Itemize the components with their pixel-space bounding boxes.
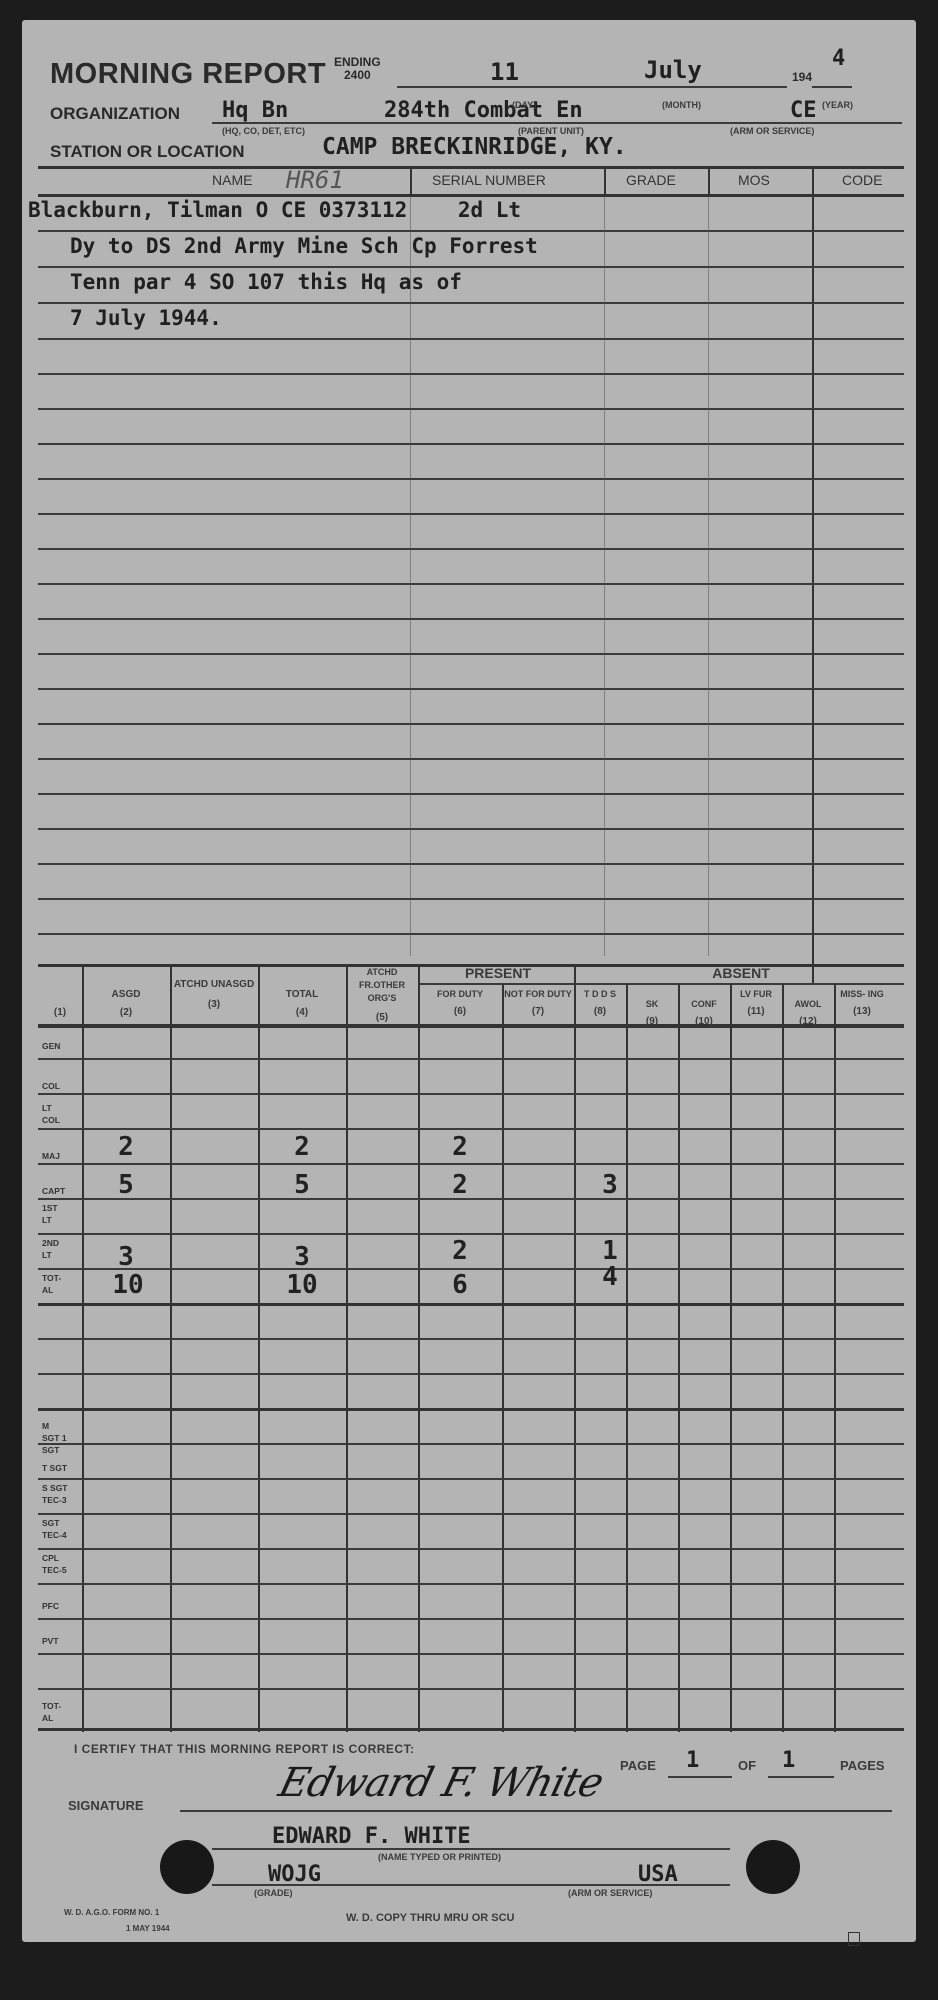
col-grade: GRADE <box>626 172 676 188</box>
2nd-lt-for-duty: 2 <box>440 1236 480 1266</box>
of-label: OF <box>738 1758 756 1773</box>
divider <box>708 166 710 196</box>
station-location: CAMP BRECKINRIDGE, KY. <box>322 134 627 160</box>
row-maj: MAJ <box>42 1150 80 1162</box>
arm-caption: (ARM OR SERVICE) <box>730 126 814 136</box>
of-underline <box>768 1776 834 1778</box>
total-officers-asgd: 10 <box>100 1270 156 1300</box>
typed-name: EDWARD F. WHITE <box>272 1824 471 1849</box>
typed-name-caption: (NAME TYPED OR PRINTED) <box>378 1852 501 1862</box>
present-underline <box>418 983 598 985</box>
capt-td-ds: 3 <box>590 1170 630 1200</box>
row-t-sgt: T SGT <box>42 1462 80 1474</box>
ending-label: ENDING 2400 <box>334 56 381 82</box>
typed-name-line <box>212 1848 730 1850</box>
year-digit: 4 <box>832 46 845 71</box>
2nd-lt-asgd: 3 <box>106 1242 146 1272</box>
row-capt: CAPT <box>42 1185 80 1197</box>
ledger-line-4: 7 July 1944. <box>70 306 222 330</box>
col-1: (1) <box>38 1004 82 1022</box>
col-name: NAME <box>212 172 252 188</box>
col-atchd-unasgd: ATCHD UNASGD(3) <box>170 978 258 1014</box>
signature-label: SIGNATURE <box>68 1798 144 1813</box>
page-label: PAGE <box>620 1758 656 1773</box>
col-awol: AWOL(12) <box>782 998 834 1028</box>
morning-report-form: MORNING REPORT ENDING 2400 11 July 194 4… <box>22 20 916 1942</box>
ledger-header-rule <box>38 194 904 197</box>
copy-note: W. D. COPY THRU MRU OR SCU <box>346 1912 514 1924</box>
total-officers-td-ds: 4 <box>590 1262 630 1292</box>
checkbox-square <box>848 1932 860 1946</box>
ledger-line-2: Dy to DS 2nd Army Mine Sch Cp Forrest <box>70 234 538 258</box>
punch-hole-left <box>160 1840 214 1894</box>
capt-for-duty: 2 <box>440 1170 480 1200</box>
station-label: STATION OR LOCATION <box>50 142 245 162</box>
arm-or-service: CE <box>790 98 817 123</box>
col-total: TOTAL(4) <box>258 986 346 1022</box>
divider <box>604 166 606 196</box>
row-2nd-lt: 2ND LT <box>42 1237 64 1261</box>
form-date: 1 MAY 1944 <box>126 1924 170 1933</box>
pages-label: PAGES <box>840 1758 885 1773</box>
row-gen: GEN <box>42 1040 80 1052</box>
row-lt-col: LT COL <box>42 1102 64 1126</box>
row-sgt: SGT TEC-4 <box>42 1517 68 1541</box>
col-lv-fur: LV FUR(11) <box>730 988 782 1018</box>
date-underline <box>397 86 787 88</box>
year-prefix: 194 <box>792 70 812 84</box>
row-1st-lt: 1ST LT <box>42 1202 64 1226</box>
col-conf: CONF(10) <box>678 998 730 1028</box>
col-serial: SERIAL NUMBER <box>432 172 546 188</box>
organization-unit: Hq Bn <box>222 98 288 123</box>
row-m-sgt: M SGT 1 SGT <box>42 1420 68 1456</box>
organization-underline <box>212 122 902 124</box>
year-caption: (YEAR) <box>822 100 853 110</box>
signature-line <box>180 1810 892 1812</box>
punch-hole-right <box>746 1840 800 1894</box>
total-officers-total: 10 <box>274 1270 330 1300</box>
col-for-duty: FOR DUTY(6) <box>418 988 502 1018</box>
parent-unit: 284th Combat En <box>384 98 583 123</box>
form-title: MORNING REPORT <box>50 58 326 91</box>
report-day: 11 <box>490 58 519 86</box>
capt-total: 5 <box>282 1170 322 1200</box>
row-total-enlisted: TOT- AL <box>42 1700 68 1724</box>
ledger-line-3: Tenn par 4 SO 107 this Hq as of <box>70 270 462 294</box>
col-code: CODE <box>842 172 882 188</box>
service-caption: (ARM OR SERVICE) <box>568 1888 652 1898</box>
year-underline <box>812 86 852 88</box>
divider <box>410 166 412 196</box>
group-absent: ABSENT <box>578 964 904 982</box>
total-officers-for-duty: 6 <box>440 1270 480 1300</box>
col-sk: SK(9) <box>626 998 678 1028</box>
total-pages: 1 <box>782 1748 795 1773</box>
grade-caption: (GRADE) <box>254 1888 293 1898</box>
row-pvt: PVT <box>42 1635 80 1647</box>
row-s-sgt: S SGT TEC-3 <box>42 1482 68 1506</box>
row-total-officers: TOT- AL <box>42 1272 68 1296</box>
col-atchd-fr-other: ATCHD FR.OTHER ORG'S(5) <box>346 966 418 1024</box>
certify-statement: I CERTIFY THAT THIS MORNING REPORT IS CO… <box>74 1742 415 1756</box>
page-underline <box>668 1776 732 1778</box>
2nd-lt-total: 3 <box>282 1242 322 1272</box>
col-not-for-duty: NOT FOR DUTY(7) <box>502 988 574 1018</box>
maj-asgd: 2 <box>106 1132 146 1162</box>
stamp-mark: HR61 <box>286 166 344 194</box>
row-col: COL <box>42 1080 80 1092</box>
col-asgd: ASGD(2) <box>82 986 170 1022</box>
col-mos: MOS <box>738 172 770 188</box>
report-month: July <box>644 56 702 84</box>
table-header-rule <box>38 1024 904 1028</box>
ledger-top-rule <box>38 166 904 169</box>
day-caption: (DAY) <box>512 100 536 110</box>
ledger-line-1: Blackburn, Tilman O CE 0373112 2d Lt <box>28 198 521 222</box>
col-td-ds: T D D S(8) <box>574 988 626 1018</box>
signature: Edward F. White <box>274 1760 607 1806</box>
row-pfc: PFC <box>42 1600 80 1612</box>
grade-service-line <box>212 1884 730 1886</box>
capt-asgd: 5 <box>106 1170 146 1200</box>
code-column-divider <box>812 166 814 984</box>
form-id: W. D. A.G.O. FORM NO. 1 <box>64 1908 159 1917</box>
month-caption: (MONTH) <box>662 100 701 110</box>
maj-for-duty: 2 <box>440 1132 480 1162</box>
organization-label: ORGANIZATION <box>50 104 180 124</box>
org-caption: (HQ, CO, DET, ETC) <box>222 126 305 136</box>
col-missing: MISS- ING(13) <box>834 988 890 1018</box>
maj-total: 2 <box>282 1132 322 1162</box>
row-cpl: CPL TEC-5 <box>42 1552 68 1576</box>
group-present: PRESENT <box>418 964 578 982</box>
page-number: 1 <box>686 1748 699 1773</box>
